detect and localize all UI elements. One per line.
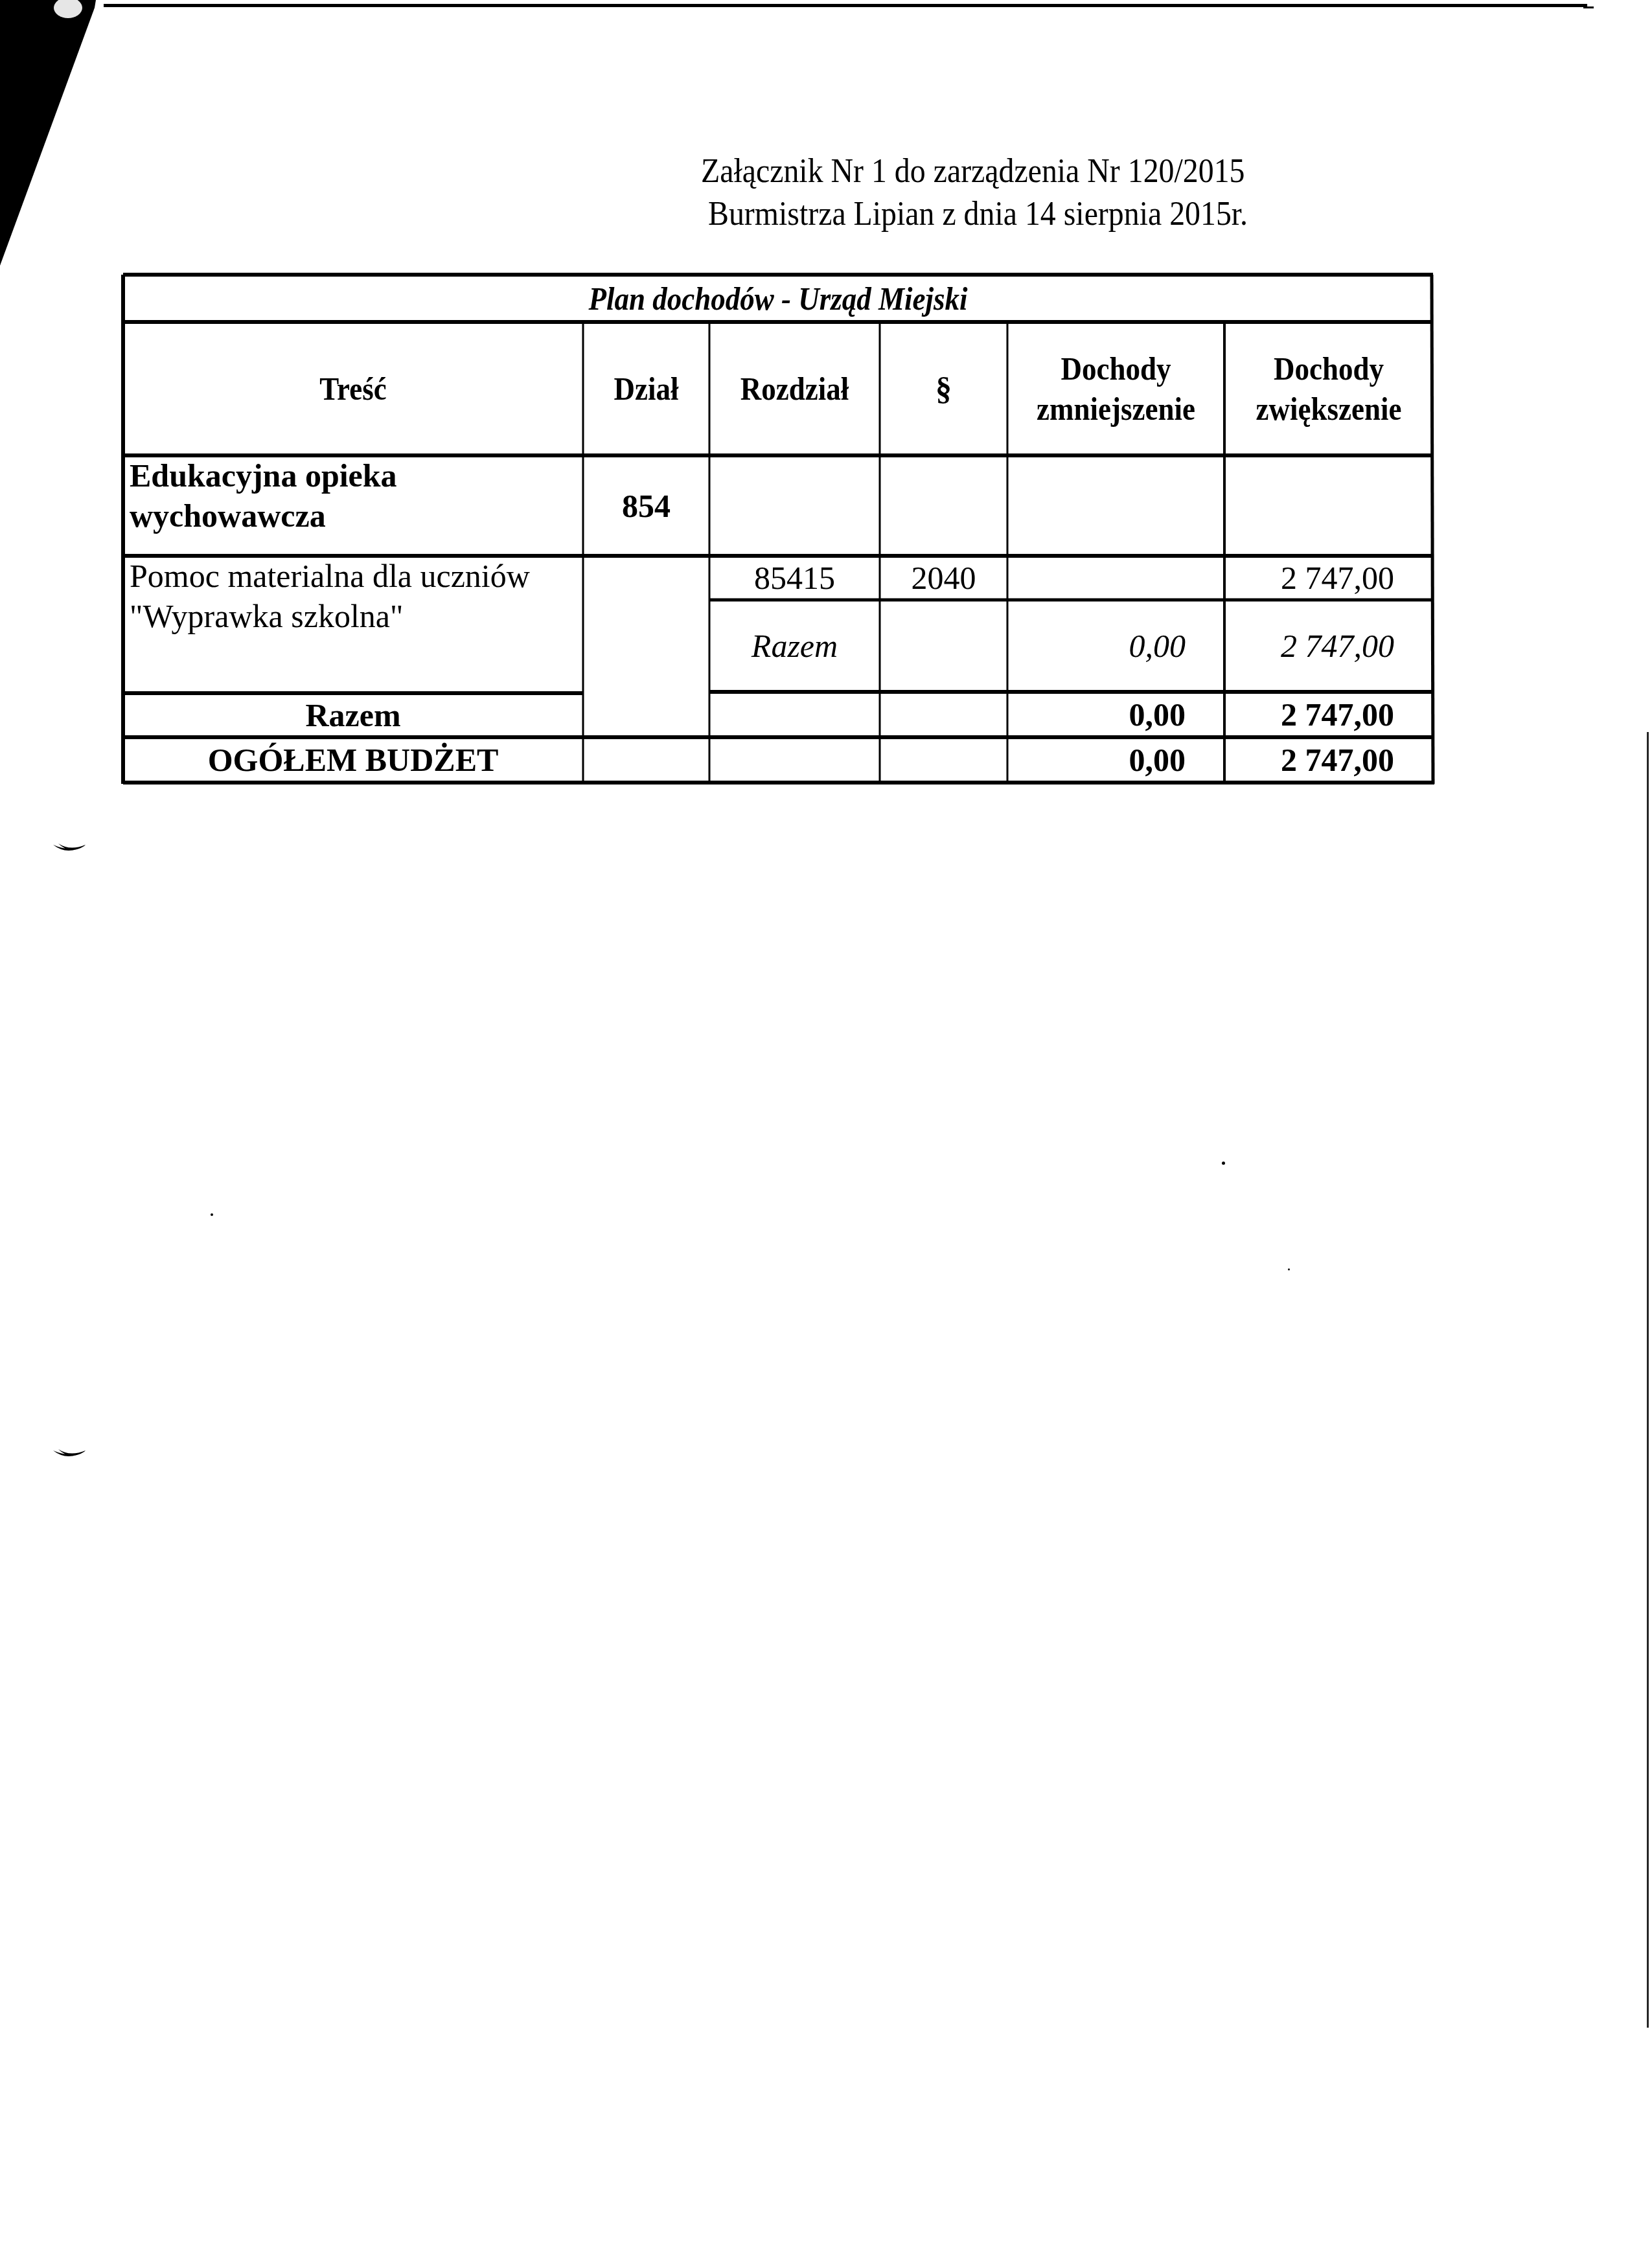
header-line: Dochody	[1274, 349, 1384, 389]
column-header-rozdzial: Rozdział	[718, 322, 871, 455]
razem-row-label: Razem	[123, 693, 583, 737]
section-row-dzial: 854	[583, 455, 709, 556]
scan-speck	[1288, 1268, 1290, 1270]
razem-row-zmniejszenie: 0,00	[1007, 692, 1224, 737]
scan-speck	[1222, 1162, 1225, 1165]
item-subtotal-label: Razem	[709, 600, 880, 692]
scan-mark	[1583, 6, 1594, 8]
punch-hole-mark-icon	[52, 842, 87, 856]
scan-right-edge-line	[1647, 732, 1649, 2028]
column-header-tresc: Treść	[146, 322, 560, 455]
column-header-paragraf: §	[880, 322, 1007, 455]
scan-shadow-artifact	[0, 0, 104, 272]
tresc-line: Pomoc materialna dla uczniów	[130, 556, 530, 596]
scan-top-edge-line	[104, 4, 1587, 7]
scan-speck	[211, 1213, 213, 1216]
tresc-line: wychowawcza	[130, 496, 326, 536]
item-subtotal-zwiekszenie: 2 747,00	[1224, 600, 1433, 692]
header-line: Dochody	[1061, 349, 1171, 389]
column-header-dochody-zmniejszenie: Dochody zmniejszenie	[1018, 322, 1214, 455]
column-header-dochody-zwiekszenie: Dochody zwiększenie	[1235, 322, 1423, 455]
punch-hole-mark-icon	[52, 1448, 87, 1462]
tresc-line: Edukacyjna opieka	[130, 455, 397, 496]
ogolem-row-label: OGÓŁEM BUDŻET	[123, 737, 583, 783]
ogolem-row-zmniejszenie: 0,00	[1007, 737, 1224, 783]
header-line: zmniejszenie	[1037, 389, 1195, 429]
attachment-line-2: Burmistrza Lipian z dnia 14 sierpnia 201…	[701, 193, 1248, 236]
razem-row-zwiekszenie: 2 747,00	[1224, 692, 1433, 737]
item-subtotal-zmniejszenie: 0,00	[1007, 600, 1224, 692]
attachment-header-note: Załącznik Nr 1 do zarządzenia Nr 120/201…	[701, 150, 1248, 236]
section-row-tresc: Edukacyjna opieka wychowawcza	[124, 455, 583, 556]
attachment-line-1: Załącznik Nr 1 do zarządzenia Nr 120/201…	[701, 150, 1248, 193]
item-row-tresc: Pomoc materialna dla uczniów "Wyprawka s…	[124, 556, 583, 693]
ogolem-row-zwiekszenie: 2 747,00	[1224, 737, 1433, 783]
table-title: Plan dochodów - Urząd Miejski	[189, 275, 1368, 322]
tresc-line: "Wyprawka szkolna"	[130, 596, 403, 636]
item-row-zwiekszenie: 2 747,00	[1224, 556, 1433, 600]
column-header-dzial: Dział	[590, 322, 704, 455]
item-row-paragraf: 2040	[880, 556, 1007, 600]
item-row-rozdzial: 85415	[709, 556, 880, 600]
header-line: zwiększenie	[1256, 389, 1402, 429]
